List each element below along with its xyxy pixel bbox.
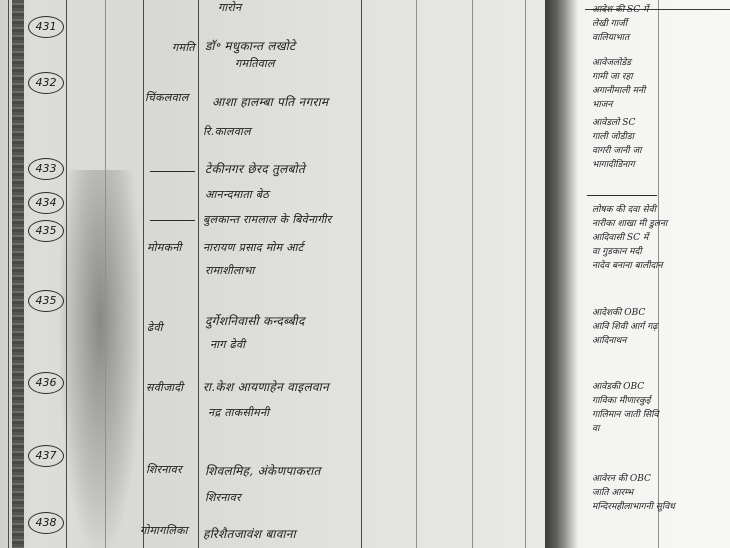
remark-block: आवेरन की OBC जाति आरम्भ मन्दिरमहीलाभागनी… [592, 472, 675, 514]
entry-line: डॉ॰ मधुकान्त लखोटे [205, 37, 295, 54]
separator-mark [587, 195, 657, 196]
column-line [66, 0, 67, 548]
remark-line: आदेश की SC में [592, 3, 648, 17]
entry-line: गमतिवाल [235, 56, 275, 71]
entry-line: रामाशीलाभा [205, 263, 255, 278]
column-line [416, 0, 417, 548]
dash-mark [150, 171, 195, 172]
remark-line: आवेरन की OBC [592, 472, 675, 486]
remark-line: वा [592, 422, 658, 436]
entry-line: आनन्दमाता बेठ [205, 187, 269, 202]
remark-block: आदेश की SC में लेखी गार्जी वालियाभात [592, 3, 648, 45]
remark-line: अगानीमाली मनी [592, 84, 645, 98]
entry-line: शिरनावर [205, 490, 241, 505]
entry-line: बुलकान्त रामलाल के बिवेनागीर [203, 212, 331, 227]
entry-line: हरिशैतजावंश बावाना [203, 525, 296, 542]
binding-spine-shadow [12, 0, 24, 548]
remark-block: आवेजलोडेड गामी जा रहा अगानीमाली मनी भाजन [592, 56, 645, 112]
remark-line: मन्दिरमहीलाभागनी सुविध [592, 500, 675, 514]
top-fragment: गारोन [218, 0, 241, 15]
caste-cell: चिंकलवाल [145, 90, 189, 105]
remark-block: आवेडकी OBC गाविका मीणारकुई गालिमान जाती … [592, 380, 658, 436]
column-line [525, 0, 526, 548]
remark-line: गालिमान जाती सिवि [592, 408, 658, 422]
serial-number: 435 [28, 290, 64, 312]
serial-number: 436 [28, 372, 64, 394]
entry-line: नारायण प्रसाद मोम आर्ट [203, 240, 304, 255]
column-line [472, 0, 473, 548]
caste-cell: गमति [172, 40, 195, 55]
remark-block: आवेडलो SC गाली जोडीडा वागरी जानी जा भागा… [592, 116, 641, 172]
remark-line: लेखी गार्जी [592, 17, 648, 31]
entry-line: आशा हालम्बा पति नगराम [212, 93, 328, 110]
remark-line: आदिवासी SC में [592, 231, 667, 245]
remark-line: आदेशकी OBC [592, 306, 657, 320]
remark-block: आदेशकी OBC आवि शिवी आर्ग गढ़ आदिनाथन [592, 306, 657, 348]
remark-line: भाजन [592, 98, 645, 112]
dash-mark [150, 220, 195, 221]
caste-cell: सवीजादी [146, 380, 183, 395]
serial-number: 438 [28, 512, 64, 534]
remark-block: लोषक की दवा सेवी नारीका शाखा मी डुलना आद… [592, 203, 667, 273]
remark-line: भागादीडिनाग [592, 158, 641, 172]
remark-line: वागरी जानी जा [592, 144, 641, 158]
column-line [105, 0, 106, 548]
remark-line: वा गुडकान मदी [592, 245, 667, 259]
remark-line: गाविका मीणारकुई [592, 394, 658, 408]
remark-line: नादेव बनाना बालीदान [592, 259, 667, 273]
remark-line: गाली जोडीडा [592, 130, 641, 144]
serial-number: 437 [28, 445, 64, 467]
remark-line: आवेडकी OBC [592, 380, 658, 394]
entry-line: नद्र ताकसीमनी [208, 405, 269, 420]
caste-cell: शिरनावर [146, 462, 182, 477]
caste-cell: मोमकनी [147, 240, 182, 255]
left-register-page: गारोन 431 गमति डॉ॰ मधुकान्त लखोटे गमतिवा… [0, 0, 545, 548]
remark-line: लोषक की दवा सेवी [592, 203, 667, 217]
column-line [658, 0, 659, 548]
serial-number: 432 [28, 72, 64, 94]
scan-smudge [60, 170, 140, 548]
serial-number: 431 [28, 16, 64, 38]
column-line [143, 0, 144, 548]
remark-line: आदिनाथन [592, 334, 657, 348]
caste-cell: ढेवी [147, 320, 163, 335]
caste-cell: गोमागलिका [140, 523, 188, 538]
serial-number: 433 [28, 158, 64, 180]
column-line [361, 0, 362, 548]
remark-line: आवेडलो SC [592, 116, 641, 130]
entry-line: नाग ढेवी [210, 337, 245, 352]
serial-number: 434 [28, 192, 64, 214]
entry-line: शिवलमिह, अंकेणपाकरात [205, 462, 321, 479]
column-line [198, 0, 199, 548]
margin-line [8, 0, 9, 548]
entry-line: दुर्गेशनिवासी कन्दब्बीद [205, 312, 305, 329]
remark-line: वालियाभात [592, 31, 648, 45]
remark-line: आवि शिवी आर्ग गढ़ [592, 320, 657, 334]
remark-line: गामी जा रहा [592, 70, 645, 84]
entry-line: रि.कालवाल [203, 124, 251, 139]
entry-line: टेकीनगर छेरद तुलबोते [205, 160, 305, 177]
remark-line: नारीका शाखा मी डुलना [592, 217, 667, 231]
remark-line: आवेजलोडेड [592, 56, 645, 70]
serial-number: 435 [28, 220, 64, 242]
entry-line: रा.केश आयणाहेन वाइलवान [203, 378, 329, 395]
remark-line: जाति आरम्भ [592, 486, 675, 500]
